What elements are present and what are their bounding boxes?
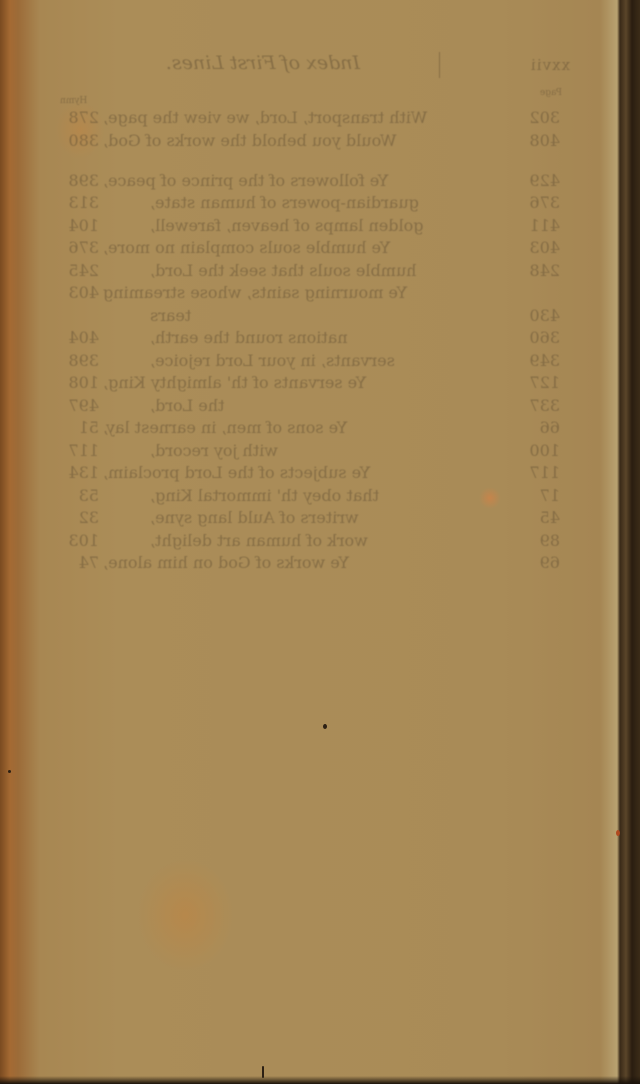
first-line: the Lord, (150, 396, 225, 415)
first-line: humble souls that seek the Lord, (150, 261, 417, 280)
hymn-number: 117 (55, 441, 99, 460)
hymn-number: 51 (55, 418, 99, 437)
first-line: Ye servants of th' almighty King, (103, 373, 366, 392)
first-line: servants, in your Lord rejoice, (150, 351, 395, 370)
header-rule (439, 52, 440, 78)
running-head: xxvii Index of First Lines. (70, 52, 570, 82)
running-title: Index of First Lines. (166, 52, 360, 74)
dust-speck (616, 830, 620, 836)
first-line: tears (150, 306, 191, 325)
page-number: 66 (540, 418, 560, 437)
hymn-number: 108 (55, 373, 99, 392)
index-entry: 103work of human art delight,89 (55, 531, 590, 554)
index-entry: 398Ye followers of the prince of peace,4… (55, 153, 590, 193)
first-line: nations round the earth, (150, 328, 348, 347)
hymn-label: Hymn (60, 96, 87, 106)
dust-speck (262, 1066, 264, 1078)
page-number: 349 (529, 351, 560, 370)
index-entry: 403Ye mourning saints, whose streaming (55, 283, 590, 306)
page-number: 337 (529, 396, 560, 415)
index-entries: 278With transport, Lord, we view the pag… (55, 108, 590, 576)
index-entry: 51Ye sons of men, in earnest lay,66 (55, 418, 590, 441)
first-line: Ye subjects of the Lord proclaim, (103, 463, 370, 482)
first-line: Would you behold the works of God, (103, 131, 397, 150)
hymn-number: 278 (55, 108, 99, 127)
hymn-number: 313 (55, 193, 99, 212)
page-number: 408 (529, 131, 560, 150)
index-entry: tears430 (55, 306, 590, 329)
index-entry: 313guardian-powers of human state,376 (55, 193, 590, 216)
page-number: 411 (529, 216, 560, 235)
book-page: xxvii Index of First Lines. Hymn Page 27… (0, 0, 640, 1084)
index-entry: 74Ye works of God on him alone,69 (55, 553, 590, 576)
index-entry: 278With transport, Lord, we view the pag… (55, 108, 590, 131)
first-line: Ye followers of the prince of peace, (103, 171, 388, 190)
page-label: Page (540, 88, 562, 98)
show-through-text: xxvii Index of First Lines. Hymn Page 27… (0, 0, 640, 1084)
hymn-number: 104 (55, 216, 99, 235)
index-entry: 117with joy record,100 (55, 441, 590, 464)
hymn-number: 103 (55, 531, 99, 550)
index-entry: 380Would you behold the works of God,408 (55, 131, 590, 154)
page-number: 430 (529, 306, 560, 325)
page-number: 17 (540, 486, 560, 505)
hymn-number: 497 (55, 396, 99, 415)
first-line: Ye sons of men, in earnest lay, (103, 418, 347, 437)
page-number: 429 (529, 171, 560, 190)
hymn-number: 134 (55, 463, 99, 482)
first-line: golden lamps of heaven, farewell, (150, 216, 423, 235)
hymn-number: 403 (55, 283, 99, 302)
hymn-number: 376 (55, 238, 99, 257)
hymn-number: 245 (55, 261, 99, 280)
page-number: 403 (529, 238, 560, 257)
page-number: 376 (529, 193, 560, 212)
dust-speck (8, 770, 11, 773)
first-line: With transport, Lord, we view the page, (103, 108, 427, 127)
index-entry: 245humble souls that seek the Lord,248 (55, 261, 590, 284)
index-entry: 398servants, in your Lord rejoice,349 (55, 351, 590, 374)
hymn-number: 32 (55, 508, 99, 527)
hymn-number: 53 (55, 486, 99, 505)
page-number: 248 (529, 261, 560, 280)
page-number: 69 (540, 553, 560, 572)
first-line: Ye works of God on him alone, (103, 553, 349, 572)
page-number: 127 (529, 373, 560, 392)
page-number: 100 (529, 441, 560, 460)
hymn-number: 404 (55, 328, 99, 347)
page-number: 360 (529, 328, 560, 347)
first-line: Ye mourning saints, whose streaming (103, 283, 407, 302)
index-entry: 104golden lamps of heaven, farewell,411 (55, 216, 590, 239)
index-entry: 376Ye humble souls complain no more,403 (55, 238, 590, 261)
folio-number: xxvii (530, 56, 570, 74)
index-entry: 32writers of Auld lang syne,45 (55, 508, 590, 531)
first-line: Ye humble souls complain no more, (103, 238, 390, 257)
page-number: 45 (540, 508, 560, 527)
page-number: 117 (529, 463, 560, 482)
page-number: 89 (540, 531, 560, 550)
hymn-number: 398 (55, 351, 99, 370)
first-line: work of human art delight, (150, 531, 368, 550)
first-line: guardian-powers of human state, (150, 193, 419, 212)
index-entry: 108Ye servants of th' almighty King,127 (55, 373, 590, 396)
index-entry: 53that obey th' immortal King,17 (55, 486, 590, 509)
index-entry: 134Ye subjects of the Lord proclaim,117 (55, 463, 590, 486)
dust-speck (323, 724, 327, 729)
hymn-number: 380 (55, 131, 99, 150)
index-entry: 404nations round the earth,360 (55, 328, 590, 351)
index-entry: 497the Lord,337 (55, 396, 590, 419)
hymn-number: 74 (55, 553, 99, 572)
first-line: writers of Auld lang syne, (150, 508, 359, 527)
hymn-number: 398 (55, 171, 99, 190)
first-line: that obey th' immortal King, (150, 486, 379, 505)
first-line: with joy record, (150, 441, 278, 460)
page-number: 302 (529, 108, 560, 127)
